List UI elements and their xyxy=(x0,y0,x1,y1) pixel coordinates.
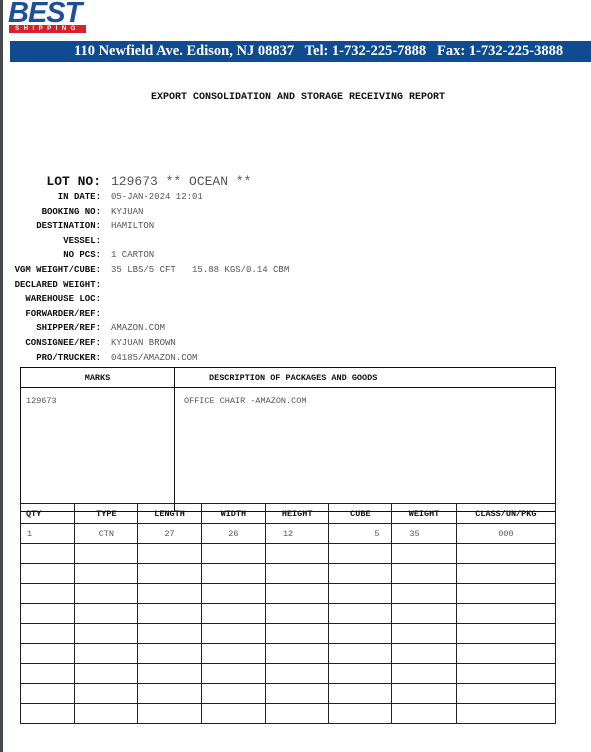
table-cell xyxy=(329,564,392,584)
field-row: PRO/TRUCKER:04185/AMAZON.COM xyxy=(0,352,591,364)
table-cell xyxy=(392,624,456,644)
field-label: CONSIGNEE/REF: xyxy=(0,337,101,349)
table-cell: 12 xyxy=(265,524,328,544)
column-header: HEIGHT xyxy=(265,504,328,524)
table-cell xyxy=(265,564,328,584)
company-logo: BEST SHIPPING xyxy=(8,0,86,34)
empty-table-row xyxy=(21,624,556,644)
field-label: WAREHOUSE LOC: xyxy=(0,293,101,305)
table-cell xyxy=(201,544,265,564)
table-cell xyxy=(456,564,555,584)
field-label: PRO/TRUCKER: xyxy=(0,352,101,364)
table-cell xyxy=(329,604,392,624)
table-cell xyxy=(392,544,456,564)
field-value: 35 LBS/5 CFT 15.88 KGS/0.14 CBM xyxy=(111,264,289,276)
table-cell xyxy=(138,604,201,624)
table-cell xyxy=(138,544,201,564)
field-label: NO PCS: xyxy=(0,249,101,261)
field-label: BOOKING NO: xyxy=(0,206,101,218)
empty-table-row xyxy=(21,584,556,604)
field-label: FORWARDER/REF: xyxy=(0,308,101,320)
table-cell xyxy=(21,564,75,584)
table-cell xyxy=(138,704,201,724)
table-cell xyxy=(265,584,328,604)
contact-banner: 110 Newfield Ave. Edison, NJ 08837 Tel: … xyxy=(10,41,591,62)
report-title: EXPORT CONSOLIDATION AND STORAGE RECEIVI… xyxy=(0,92,591,103)
table-cell xyxy=(265,664,328,684)
table-cell xyxy=(75,664,138,684)
field-label: DESTINATION: xyxy=(0,220,101,232)
lot-label: LOT NO: xyxy=(0,174,101,189)
column-header: CLASS/UN/PKG xyxy=(456,504,555,524)
table-cell: 1 xyxy=(21,524,75,544)
field-value: AMAZON.COM xyxy=(111,322,165,334)
table-cell: 5 xyxy=(329,524,392,544)
field-row: CONSIGNEE/REF:KYJUAN BROWN xyxy=(0,337,591,349)
table-cell xyxy=(329,544,392,564)
table-cell xyxy=(392,684,456,704)
field-value: KYJUAN xyxy=(111,206,143,218)
table-cell xyxy=(75,644,138,664)
column-header: WEIGHT xyxy=(392,504,456,524)
items-table: QTYTYPELENGTHWIDTHHEIGHTCUBEWEIGHTCLASS/… xyxy=(20,503,556,724)
empty-table-row xyxy=(21,564,556,584)
table-cell xyxy=(456,664,555,684)
table-cell xyxy=(456,544,555,564)
table-cell xyxy=(21,664,75,684)
table-cell xyxy=(201,684,265,704)
field-row: BOOKING NO:KYJUAN xyxy=(0,206,591,218)
empty-table-row xyxy=(21,544,556,564)
table-cell xyxy=(456,644,555,664)
table-cell xyxy=(265,624,328,644)
table-cell xyxy=(75,684,138,704)
table-cell xyxy=(21,704,75,724)
table-cell xyxy=(138,664,201,684)
field-value: 1 CARTON xyxy=(111,249,154,261)
contact-line: 110 Newfield Ave. Edison, NJ 08837 Tel: … xyxy=(74,41,563,62)
field-value: HAMILTON xyxy=(111,220,154,232)
table-cell xyxy=(75,564,138,584)
table-cell xyxy=(392,604,456,624)
table-cell: 27 xyxy=(138,524,201,544)
table-cell xyxy=(21,644,75,664)
table-cell xyxy=(201,584,265,604)
marks-description-table: MARKS DESCRIPTION OF PACKAGES AND GOODS … xyxy=(20,367,556,512)
table-cell: 000 xyxy=(456,524,555,544)
table-cell xyxy=(392,704,456,724)
items-header-row: QTYTYPELENGTHWIDTHHEIGHTCUBEWEIGHTCLASS/… xyxy=(21,504,556,524)
empty-table-row xyxy=(21,704,556,724)
viewer-left-border xyxy=(0,0,3,752)
table-cell xyxy=(456,624,555,644)
table-cell xyxy=(329,664,392,684)
table-cell xyxy=(456,584,555,604)
table-cell xyxy=(329,684,392,704)
table-cell xyxy=(21,604,75,624)
table-cell xyxy=(265,604,328,624)
field-label: IN DATE: xyxy=(0,191,101,203)
column-header: LENGTH xyxy=(138,504,201,524)
field-row: IN DATE:05-JAN-2024 12:01 xyxy=(0,191,591,203)
table-cell xyxy=(75,544,138,564)
table-cell xyxy=(21,544,75,564)
empty-table-row xyxy=(21,644,556,664)
table-cell xyxy=(265,704,328,724)
table-cell xyxy=(21,624,75,644)
table-cell xyxy=(201,664,265,684)
table-cell xyxy=(456,604,555,624)
field-row: DECLARED WEIGHT: xyxy=(0,279,591,291)
empty-table-row xyxy=(21,664,556,684)
table-cell xyxy=(75,604,138,624)
field-row: VGM WEIGHT/CUBE:35 LBS/5 CFT 15.88 KGS/0… xyxy=(0,264,591,276)
table-cell xyxy=(201,704,265,724)
field-row: VESSEL: xyxy=(0,235,591,247)
table-cell xyxy=(138,684,201,704)
field-value: 04185/AMAZON.COM xyxy=(111,352,197,364)
table-cell xyxy=(392,584,456,604)
table-cell xyxy=(138,644,201,664)
table-cell xyxy=(201,564,265,584)
description-header: DESCRIPTION OF PACKAGES AND GOODS xyxy=(175,368,556,388)
table-cell xyxy=(201,644,265,664)
field-label: DECLARED WEIGHT: xyxy=(0,279,101,291)
table-row: 1CTN272612535000 xyxy=(21,524,556,544)
field-row: FORWARDER/REF: xyxy=(0,308,591,320)
field-row: SHIPPER/REF:AMAZON.COM xyxy=(0,322,591,334)
field-label: VESSEL: xyxy=(0,235,101,247)
field-label: SHIPPER/REF: xyxy=(0,322,101,334)
table-cell xyxy=(329,644,392,664)
table-cell xyxy=(75,624,138,644)
description-value: OFFICE CHAIR -AMAZON.COM xyxy=(175,388,556,512)
table-cell xyxy=(201,604,265,624)
empty-table-row xyxy=(21,604,556,624)
table-cell xyxy=(329,704,392,724)
empty-table-row xyxy=(21,684,556,704)
field-value: 05-JAN-2024 12:01 xyxy=(111,191,203,203)
table-cell xyxy=(75,704,138,724)
marks-value: 129673 xyxy=(21,388,175,512)
column-header: CUBE xyxy=(329,504,392,524)
table-cell xyxy=(329,584,392,604)
table-cell xyxy=(138,584,201,604)
table-cell xyxy=(21,684,75,704)
table-cell xyxy=(201,624,265,644)
table-cell xyxy=(21,584,75,604)
table-cell xyxy=(265,644,328,664)
table-cell xyxy=(456,704,555,724)
table-cell xyxy=(392,564,456,584)
marks-header: MARKS xyxy=(21,368,175,388)
table-cell xyxy=(456,684,555,704)
field-row: WAREHOUSE LOC: xyxy=(0,293,591,305)
table-cell: CTN xyxy=(75,524,138,544)
field-label: VGM WEIGHT/CUBE: xyxy=(0,264,101,276)
table-cell xyxy=(265,544,328,564)
table-cell xyxy=(138,624,201,644)
table-cell xyxy=(138,564,201,584)
table-cell: 35 xyxy=(392,524,456,544)
table-cell xyxy=(392,644,456,664)
column-header: QTY xyxy=(21,504,75,524)
column-header: TYPE xyxy=(75,504,138,524)
logo-subtext: SHIPPING xyxy=(9,25,86,33)
table-cell xyxy=(75,584,138,604)
table-cell: 26 xyxy=(201,524,265,544)
field-value: KYJUAN BROWN xyxy=(111,337,176,349)
lot-value: 129673 ** OCEAN ** xyxy=(111,174,251,189)
field-row: DESTINATION:HAMILTON xyxy=(0,220,591,232)
field-row: NO PCS:1 CARTON xyxy=(0,249,591,261)
table-cell xyxy=(392,664,456,684)
table-cell xyxy=(265,684,328,704)
column-header: WIDTH xyxy=(201,504,265,524)
table-cell xyxy=(329,624,392,644)
